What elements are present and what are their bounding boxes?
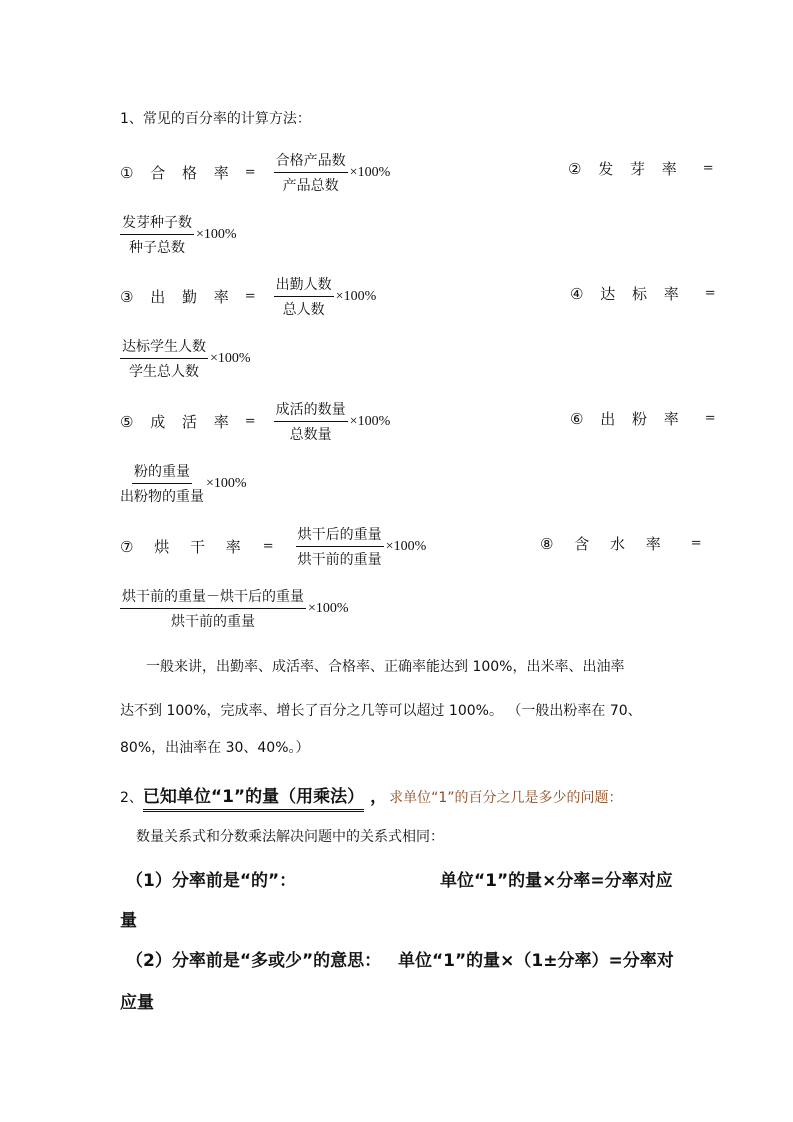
case-2-wrap: 应量 xyxy=(120,988,154,1013)
denominator: 种子总数 xyxy=(129,235,185,257)
equals-sign: = xyxy=(691,536,702,551)
formula-label: ⑦ 烘 干 率 xyxy=(120,536,249,557)
equals-sign: = xyxy=(245,289,256,304)
times-100-percent: ×100% xyxy=(308,601,349,617)
formula-label: ⑤ 成 活 率 xyxy=(120,411,235,432)
case-2-condition: （2）分率前是“多或少”的意思： xyxy=(126,946,381,971)
equals-sign: = xyxy=(703,161,714,176)
fraction: 粉的重量 出粉物的重量 xyxy=(120,461,204,506)
numerator: 发芽种子数 xyxy=(120,212,194,235)
formula-germination-rate: 发芽种子数 种子总数 ×100% xyxy=(120,212,237,257)
section-2-intro: 数量关系式和分数乘法解决问题中的关系式相同： xyxy=(136,826,444,846)
formula-label: ⑧ 含 水 率 xyxy=(540,533,669,554)
denominator: 出粉物的重量 xyxy=(120,484,204,506)
numerator: 出勤人数 xyxy=(274,274,334,297)
formula-label: ⑥ 出 粉 率 xyxy=(570,408,685,429)
formula-label: ② 发 芽 率 xyxy=(568,158,683,179)
equals-sign: = xyxy=(263,539,274,554)
formula-survival-rate: ⑤ 成 活 率 = 成活的数量 总数量 ×100% xyxy=(120,399,390,444)
comma: ， xyxy=(370,782,387,807)
fraction: 烘干前的重量－烘干后的重量 烘干前的重量 xyxy=(120,586,306,631)
note-line-2: 达不到 100%，完成率、增长了百分之几等可以超过 100%。 （一般出粉率在 … xyxy=(120,704,642,718)
section-1-heading: 1、常见的百分率的计算方法： xyxy=(120,108,311,128)
section-2-heading: 2、 已知单位“1”的量（用乘法） ， 求单位“1”的百分之几是多少的问题： xyxy=(120,782,623,812)
times-100-percent: ×100% xyxy=(350,165,391,181)
formula-germination-rate-label: ② 发 芽 率 = xyxy=(568,158,714,179)
case-1-condition: （1）分率前是“的”： xyxy=(126,866,296,891)
fraction: 烘干后的重量 烘干前的重量 xyxy=(296,524,384,569)
note-line-1: 一般来讲，出勤率、成活率、合格率、正确率能达到 100%，出米率、出油率 xyxy=(146,660,624,674)
formula-attendance-rate: ③ 出 勤 率 = 出勤人数 总人数 ×100% xyxy=(120,274,376,319)
formula-standard-rate-label: ④ 达 标 率 = xyxy=(570,283,716,304)
formula-flour-rate-label: ⑥ 出 粉 率 = xyxy=(570,408,716,429)
times-100-percent: ×100% xyxy=(386,539,427,555)
numerator: 烘干前的重量－烘干后的重量 xyxy=(120,586,306,609)
section-number: 2、 xyxy=(120,787,143,807)
case-2-relation: 单位“1”的量×（1±分率）=分率对 xyxy=(398,946,674,971)
formula-standard-rate: 达标学生人数 学生总人数 ×100% xyxy=(120,336,251,381)
times-100-percent: ×100% xyxy=(206,476,247,492)
formula-label: ④ 达 标 率 xyxy=(570,283,685,304)
formula-drying-rate: ⑦ 烘 干 率 = 烘干后的重量 烘干前的重量 ×100% xyxy=(120,524,426,569)
equals-sign: = xyxy=(705,286,716,301)
denominator: 总数量 xyxy=(290,422,332,444)
case-1-relation: 单位“1”的量×分率=分率对应 xyxy=(440,866,673,891)
equals-sign: = xyxy=(245,414,256,429)
note-line-3: 80%，出油率在 30、40%。） xyxy=(120,741,310,755)
times-100-percent: ×100% xyxy=(210,351,251,367)
case-1-wrap: 量 xyxy=(120,906,137,931)
times-100-percent: ×100% xyxy=(336,289,377,305)
equals-sign: = xyxy=(705,411,716,426)
formula-water-content: 烘干前的重量－烘干后的重量 烘干前的重量 ×100% xyxy=(120,586,349,631)
formula-label: ③ 出 勤 率 xyxy=(120,286,235,307)
numerator: 达标学生人数 xyxy=(120,336,208,359)
numerator: 合格产品数 xyxy=(274,150,348,173)
times-100-percent: ×100% xyxy=(196,227,237,243)
denominator: 烘干前的重量 xyxy=(171,609,255,631)
fraction: 合格产品数 产品总数 xyxy=(274,150,348,195)
denominator: 总人数 xyxy=(283,297,325,319)
denominator: 学生总人数 xyxy=(129,359,199,381)
formula-pass-rate: ① 合 格 率 = 合格产品数 产品总数 ×100% xyxy=(120,150,390,195)
fraction: 成活的数量 总数量 xyxy=(274,399,348,444)
fraction: 发芽种子数 种子总数 xyxy=(120,212,194,257)
numerator: 成活的数量 xyxy=(274,399,348,422)
numerator: 烘干后的重量 xyxy=(296,524,384,547)
times-100-percent: ×100% xyxy=(350,414,391,430)
section-title-bold: 已知单位“1”的量（用乘法） xyxy=(143,782,364,812)
formula-flour-rate: 粉的重量 出粉物的重量 ×100% xyxy=(120,461,247,506)
numerator: 粉的重量 xyxy=(132,461,192,484)
section-title-rest: 求单位“1”的百分之几是多少的问题： xyxy=(389,787,622,807)
formula-water-content-label: ⑧ 含 水 率 = xyxy=(540,533,702,554)
formula-label: ① 合 格 率 xyxy=(120,162,235,183)
denominator: 烘干前的重量 xyxy=(298,547,382,569)
denominator: 产品总数 xyxy=(283,173,339,195)
equals-sign: = xyxy=(245,165,256,180)
fraction: 达标学生人数 学生总人数 xyxy=(120,336,208,381)
fraction: 出勤人数 总人数 xyxy=(274,274,334,319)
